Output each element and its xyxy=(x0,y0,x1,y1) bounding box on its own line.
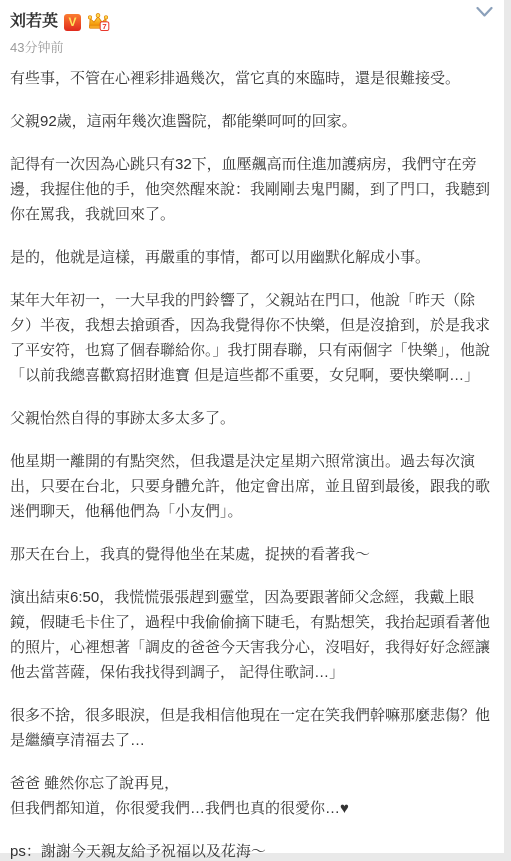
post-paragraph: 記得有一次因為心跳只有32下，血壓飆高而住進加護病房，我們守在旁邊，我握住他的手… xyxy=(10,152,496,227)
post-paragraph: ps：謝謝今天親友給予祝福以及花海～ xyxy=(10,839,496,861)
post-paragraph: 有些事，不管在心裡彩排過幾次，當它真的來臨時，還是很難接受。 xyxy=(10,66,496,91)
post-header: 刘若英 V 7 43分钟前 xyxy=(0,0,504,55)
post-paragraph: 他星期一離開的有點突然，但我還是決定星期六照常演出。過去每次演出，只要在台北，只… xyxy=(10,449,496,524)
username[interactable]: 刘若英 xyxy=(10,13,58,31)
post-timestamp[interactable]: 43分钟前 xyxy=(10,40,494,55)
post-body: 有些事，不管在心裡彩排過幾次，當它真的來臨時，還是很難接受。父親92歲，這兩年幾… xyxy=(0,55,504,861)
post-paragraph: 演出結束6:50，我慌慌張張趕到靈堂，因為要跟著師父念經，我戴上眼鏡，假睫毛卡住… xyxy=(10,585,496,685)
verified-v-icon: V xyxy=(64,14,81,31)
vip-level-number: 7 xyxy=(102,22,106,31)
post-paragraph: 爸爸 雖然你忘了說再見， 但我們都知道，你很愛我們…我們也真的很愛你…♥ xyxy=(10,771,496,821)
post-paragraph: 父親怡然自得的事跡太多太多了。 xyxy=(10,406,496,431)
post-paragraph: 父親92歲，這兩年幾次進醫院，都能樂呵呵的回家。 xyxy=(10,109,496,134)
post-paragraph: 是的，他就是這樣，再嚴重的事情，都可以用幽默化解成小事。 xyxy=(10,245,496,270)
post-paragraph: 那天在台上，我真的覺得他坐在某處，捉挾的看著我～ xyxy=(10,542,496,567)
post-card: 刘若英 V 7 43分钟前 xyxy=(0,0,504,853)
post-paragraph: 很多不捨，很多眼淚，但是我相信他現在一定在笑我們幹嘛那麼悲傷？他是繼續享清福去了… xyxy=(10,703,496,753)
chevron-down-icon[interactable] xyxy=(476,6,493,18)
vip-crown-icon[interactable]: 7 xyxy=(87,13,110,31)
post-paragraph: 某年大年初一，一大早我的門鈴響了，父親站在門口，他說「昨天（除夕）半夜，我想去搶… xyxy=(10,288,496,388)
user-name-row: 刘若英 V 7 xyxy=(10,13,494,31)
